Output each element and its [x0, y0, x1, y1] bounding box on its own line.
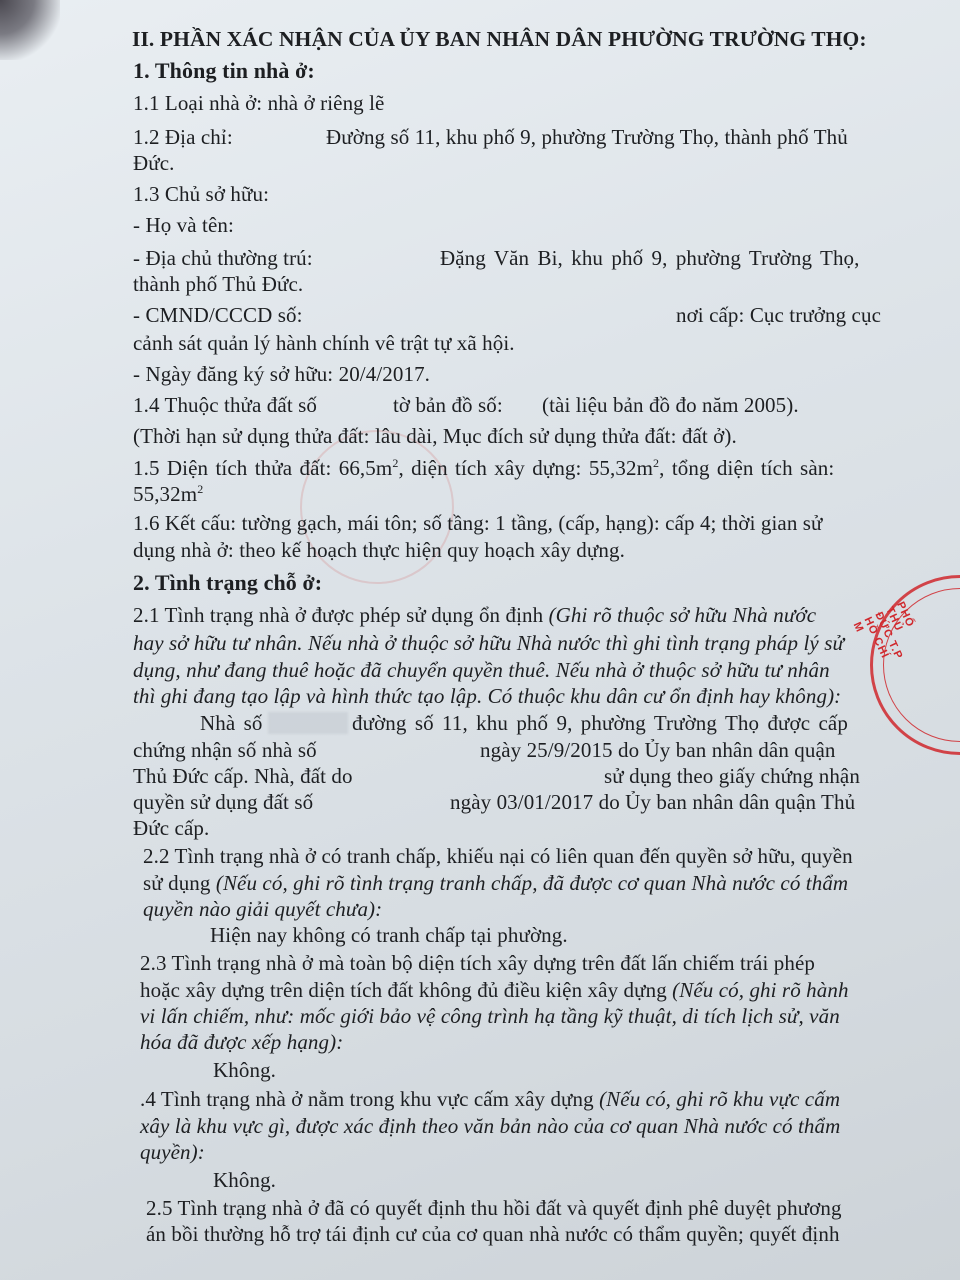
item-2-2-answer: Hiện nay không có tranh chấp tại phường. [210, 922, 568, 948]
owner-address-label: - Địa chủ thường trú: [133, 245, 313, 271]
item-1-2-label: 1.2 Địa chỉ: [133, 124, 233, 150]
id-label: - CMND/CCCD số: [133, 302, 303, 328]
item-1-4-parcel: 1.4 Thuộc thửa đất số [133, 392, 317, 418]
registration-date: - Ngày đăng ký sở hữu: 20/4/2017. [133, 361, 430, 387]
item-1-2-value: Đường số 11, khu phố 9, phường Trường Th… [326, 124, 848, 150]
section-title: II. PHẦN XÁC NHẬN CỦA ỦY BAN NHÂN DÂN PH… [132, 26, 867, 52]
item-1-3: 1.3 Chủ sở hữu: [133, 181, 269, 207]
superscript: 2 [197, 482, 203, 496]
item-2-4-line2: xây là khu vực gì, được xác định theo vă… [140, 1113, 840, 1139]
item-1-4-map-doc: (tài liệu bản đồ đo năm 2005). [542, 392, 799, 418]
floor-area-label: , tổng diện tích sàn: [659, 456, 834, 480]
house-line2-a: chứng nhận số nhà số [133, 737, 317, 763]
item-2-1: 2.1 Tình trạng nhà ở được phép sử dụng ổ… [133, 602, 816, 628]
item-1-1: 1.1 Loại nhà ở: nhà ở riêng lẽ [133, 90, 384, 116]
item-2-4-text: .4 Tình trạng nhà ở nằm trong khu vực cấ… [140, 1087, 599, 1111]
item-2-3-line4: hóa đã được xếp hạng): [140, 1029, 343, 1055]
part2-heading: 2. Tình trạng chỗ ở: [133, 570, 322, 596]
item-2-2-note: (Nếu có, ghi rõ tình trạng tranh chấp, đ… [216, 871, 848, 895]
owner-name-label: - Họ và tên: [133, 212, 234, 238]
house-line4-b: ngày 03/01/2017 do Ủy ban nhân dân quận … [450, 789, 855, 815]
item-2-2-text: sử dụng [143, 871, 216, 895]
item-1-6: 1.6 Kết cấu: tường gạch, mái tôn; số tần… [133, 510, 823, 536]
document-page: II. PHẦN XÁC NHẬN CỦA ỦY BAN NHÂN DÂN PH… [0, 0, 960, 1280]
item-2-4-line3: quyền): [140, 1139, 205, 1165]
build-area: , diện tích xây dựng: 55,32m [398, 456, 653, 480]
item-1-6-cont: dụng nhà ở: theo kế hoạch thực hiện quy … [133, 537, 625, 563]
id-issuer: nơi cấp: Cục trưởng cục [676, 302, 881, 328]
redacted-house-number [268, 712, 348, 734]
item-2-3-line2: hoặc xây dựng trên diện tích đất không đ… [140, 977, 849, 1003]
item-2-3: 2.3 Tình trạng nhà ở mà toàn bộ diện tíc… [140, 950, 815, 976]
item-2-4-note: (Nếu có, ghi rõ khu vực cấm [599, 1087, 840, 1111]
house-line4-a: quyền sử dụng đất số [133, 789, 313, 815]
item-2-1-text: 2.1 Tình trạng nhà ở được phép sử dụng ổ… [133, 603, 549, 627]
owner-address-value: Đặng Văn Bi, khu phố 9, phường Trường Th… [440, 245, 860, 271]
id-issuer-cont: cảnh sát quản lý hành chính vê trật tự x… [133, 330, 515, 356]
house-line1-b: đường số 11, khu phố 9, phường Trường Th… [352, 710, 848, 736]
item-2-3-answer: Không. [213, 1057, 276, 1083]
item-1-4-map-sheet: tờ bản đồ số: [393, 392, 503, 418]
part1-heading: 1. Thông tin nhà ở: [133, 58, 315, 84]
house-line1-a: Nhà số [200, 710, 263, 736]
item-2-5: 2.5 Tình trạng nhà ở đã có quyết định th… [146, 1195, 842, 1221]
house-line5: Đức cấp. [133, 815, 209, 841]
item-2-4-answer: Không. [213, 1167, 276, 1193]
item-2-1-line4: thì ghi đang tạo lập và hình thức tạo lậ… [133, 683, 841, 709]
item-2-2-line3: quyền nào giải quyết chưa): [143, 896, 382, 922]
item-2-1-line3: dụng, như đang thuê hoặc đã chuyển quyền… [133, 657, 830, 683]
owner-address-cont: thành phố Thủ Đức. [133, 271, 303, 297]
house-line3-a: Thủ Đức cấp. Nhà, đất do [133, 763, 353, 789]
item-2-2: 2.2 Tình trạng nhà ở có tranh chấp, khiế… [143, 843, 853, 869]
item-1-2-cont: Đức. [133, 150, 175, 176]
item-2-3-note: (Nếu có, ghi rõ hành [672, 978, 848, 1002]
house-line3-b: sử dụng theo giấy chứng nhận [604, 763, 860, 789]
item-2-2-line2: sử dụng (Nếu có, ghi rõ tình trạng tranh… [143, 870, 848, 896]
house-line2-b: ngày 25/9/2015 do Ủy ban nhân dân quận [480, 737, 836, 763]
land-area: 1.5 Diện tích thửa đất: 66,5m [133, 456, 392, 480]
item-2-5-line2: án bồi thường hỗ trợ tái định cư của cơ … [146, 1221, 840, 1247]
item-2-3-line3: vi lấn chiếm, như: mốc giới bảo vệ công … [140, 1003, 840, 1029]
item-2-1-note: (Ghi rõ thuộc sở hữu Nhà nước [549, 603, 817, 627]
item-2-3-text: hoặc xây dựng trên diện tích đất không đ… [140, 978, 672, 1002]
item-1-5-floor-area: 55,32m2 [133, 481, 203, 507]
item-2-4: .4 Tình trạng nhà ở nằm trong khu vực cấ… [140, 1086, 840, 1112]
floor-area: 55,32m [133, 482, 197, 506]
item-1-4-note: (Thời hạn sử dụng thửa đất: lâu dài, Mục… [133, 423, 737, 449]
item-2-1-line2: hay sở hữu tư nhân. Nếu nhà ở thuộc sở h… [133, 630, 844, 656]
item-1-5: 1.5 Diện tích thửa đất: 66,5m2, diện tíc… [133, 455, 834, 481]
